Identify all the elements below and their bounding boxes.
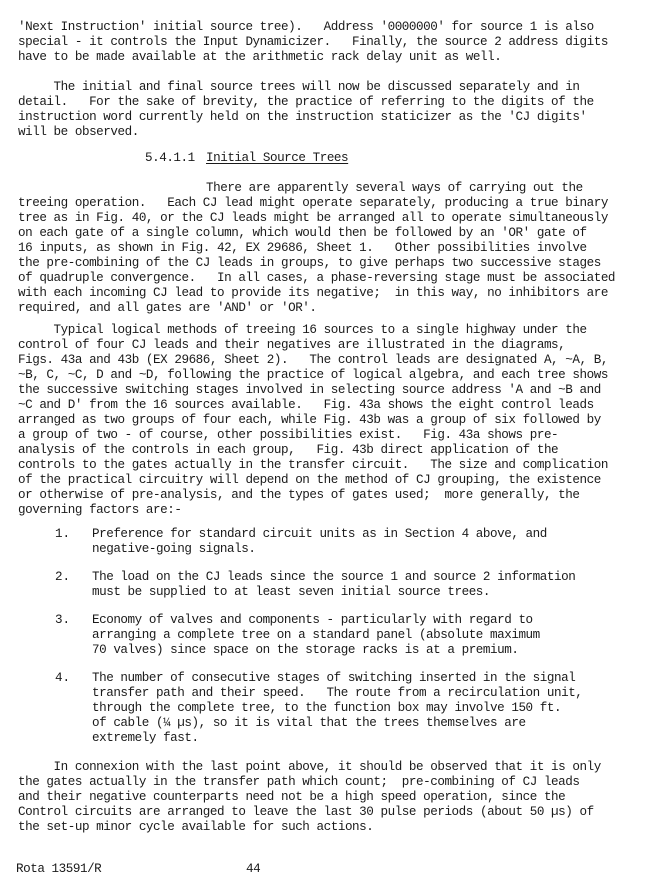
text-line: ~C and D' from the 16 sources available.… bbox=[18, 398, 594, 413]
text-line: Economy of valves and components - parti… bbox=[92, 613, 533, 628]
list-item-number: 2. bbox=[55, 570, 70, 585]
document-page: 'Next Instruction' initial source tree).… bbox=[0, 0, 650, 887]
text-line: or otherwise of pre-analysis, and the ty… bbox=[18, 488, 580, 503]
text-line: arranging a complete tree on a standard … bbox=[92, 628, 540, 643]
text-line: ~B, C, ~C, D and ~D, following the pract… bbox=[18, 368, 608, 383]
text-line: tree as in Fig. 40, or the CJ leads migh… bbox=[18, 211, 608, 226]
text-line: The initial and final source trees will … bbox=[18, 80, 580, 95]
text-line: of quadruple convergence. In all cases, … bbox=[18, 271, 615, 286]
text-line: the successive switching stages involved… bbox=[18, 383, 601, 398]
text-line: 16 inputs, as shown in Fig. 42, EX 29686… bbox=[18, 241, 587, 256]
text-line: extremely fast. bbox=[92, 731, 199, 746]
text-line: 70 valves) since space on the storage ra… bbox=[92, 643, 518, 658]
section-number: 5.4.1.1 bbox=[145, 151, 195, 166]
text-line: arranged as two groups of four each, whi… bbox=[18, 413, 601, 428]
list-item-number: 3. bbox=[55, 613, 70, 628]
text-line: on each gate of a single column, which w… bbox=[18, 226, 587, 241]
text-line: must be supplied to at least seven initi… bbox=[92, 585, 490, 600]
text-line: Control circuits are arranged to leave t… bbox=[18, 805, 594, 820]
text-line: negative-going signals. bbox=[92, 542, 255, 557]
text-line: with each incoming CJ lead to provide it… bbox=[18, 286, 608, 301]
text-line: control of four CJ leads and their negat… bbox=[18, 338, 565, 353]
text-line: the gates actually in the transfer path … bbox=[18, 775, 580, 790]
text-line: and their negative counterparts need not… bbox=[18, 790, 565, 805]
list-item-number: 4. bbox=[55, 671, 70, 686]
text-line: governing factors are:- bbox=[18, 503, 181, 518]
text-line: special - it controls the Input Dynamici… bbox=[18, 35, 608, 50]
text-line: 'Next Instruction' initial source tree).… bbox=[18, 20, 594, 35]
document-reference: Rota 13591/R bbox=[16, 862, 101, 877]
text-line: treeing operation. Each CJ lead might op… bbox=[18, 196, 608, 211]
text-line: There are apparently several ways of car… bbox=[206, 181, 583, 196]
text-line: Figs. 43a and 43b (EX 29686, Sheet 2). T… bbox=[18, 353, 608, 368]
list-item-number: 1. bbox=[55, 527, 70, 542]
text-line: through the complete tree, to the functi… bbox=[92, 701, 561, 716]
text-line: the pre-combining of the CJ leads in gro… bbox=[18, 256, 601, 271]
text-line: of the practical circuitry will depend o… bbox=[18, 473, 601, 488]
text-line: a group of two - of course, other possib… bbox=[18, 428, 558, 443]
text-line: detail. For the sake of brevity, the pra… bbox=[18, 95, 594, 110]
text-line: have to be made available at the arithme… bbox=[18, 50, 501, 65]
text-line: controls to the gates actually in the tr… bbox=[18, 458, 608, 473]
text-line: will be observed. bbox=[18, 125, 139, 140]
text-line: Typical logical methods of treeing 16 so… bbox=[18, 323, 587, 338]
text-line: required, and all gates are 'AND' or 'OR… bbox=[18, 301, 317, 316]
text-line: Preference for standard circuit units as… bbox=[92, 527, 547, 542]
text-line: the set-up minor cycle available for suc… bbox=[18, 820, 373, 835]
text-line: of cable (¼ µs), so it is vital that the… bbox=[92, 716, 526, 731]
page-number: 44 bbox=[246, 862, 260, 877]
section-title: Initial Source Trees bbox=[206, 151, 348, 166]
text-line: In connexion with the last point above, … bbox=[18, 760, 601, 775]
text-line: The load on the CJ leads since the sourc… bbox=[92, 570, 575, 585]
text-line: analysis of the controls in each group, … bbox=[18, 443, 558, 458]
text-line: transfer path and their speed. The route… bbox=[92, 686, 582, 701]
text-line: instruction word currently held on the i… bbox=[18, 110, 587, 125]
text-line: The number of consecutive stages of swit… bbox=[92, 671, 575, 686]
